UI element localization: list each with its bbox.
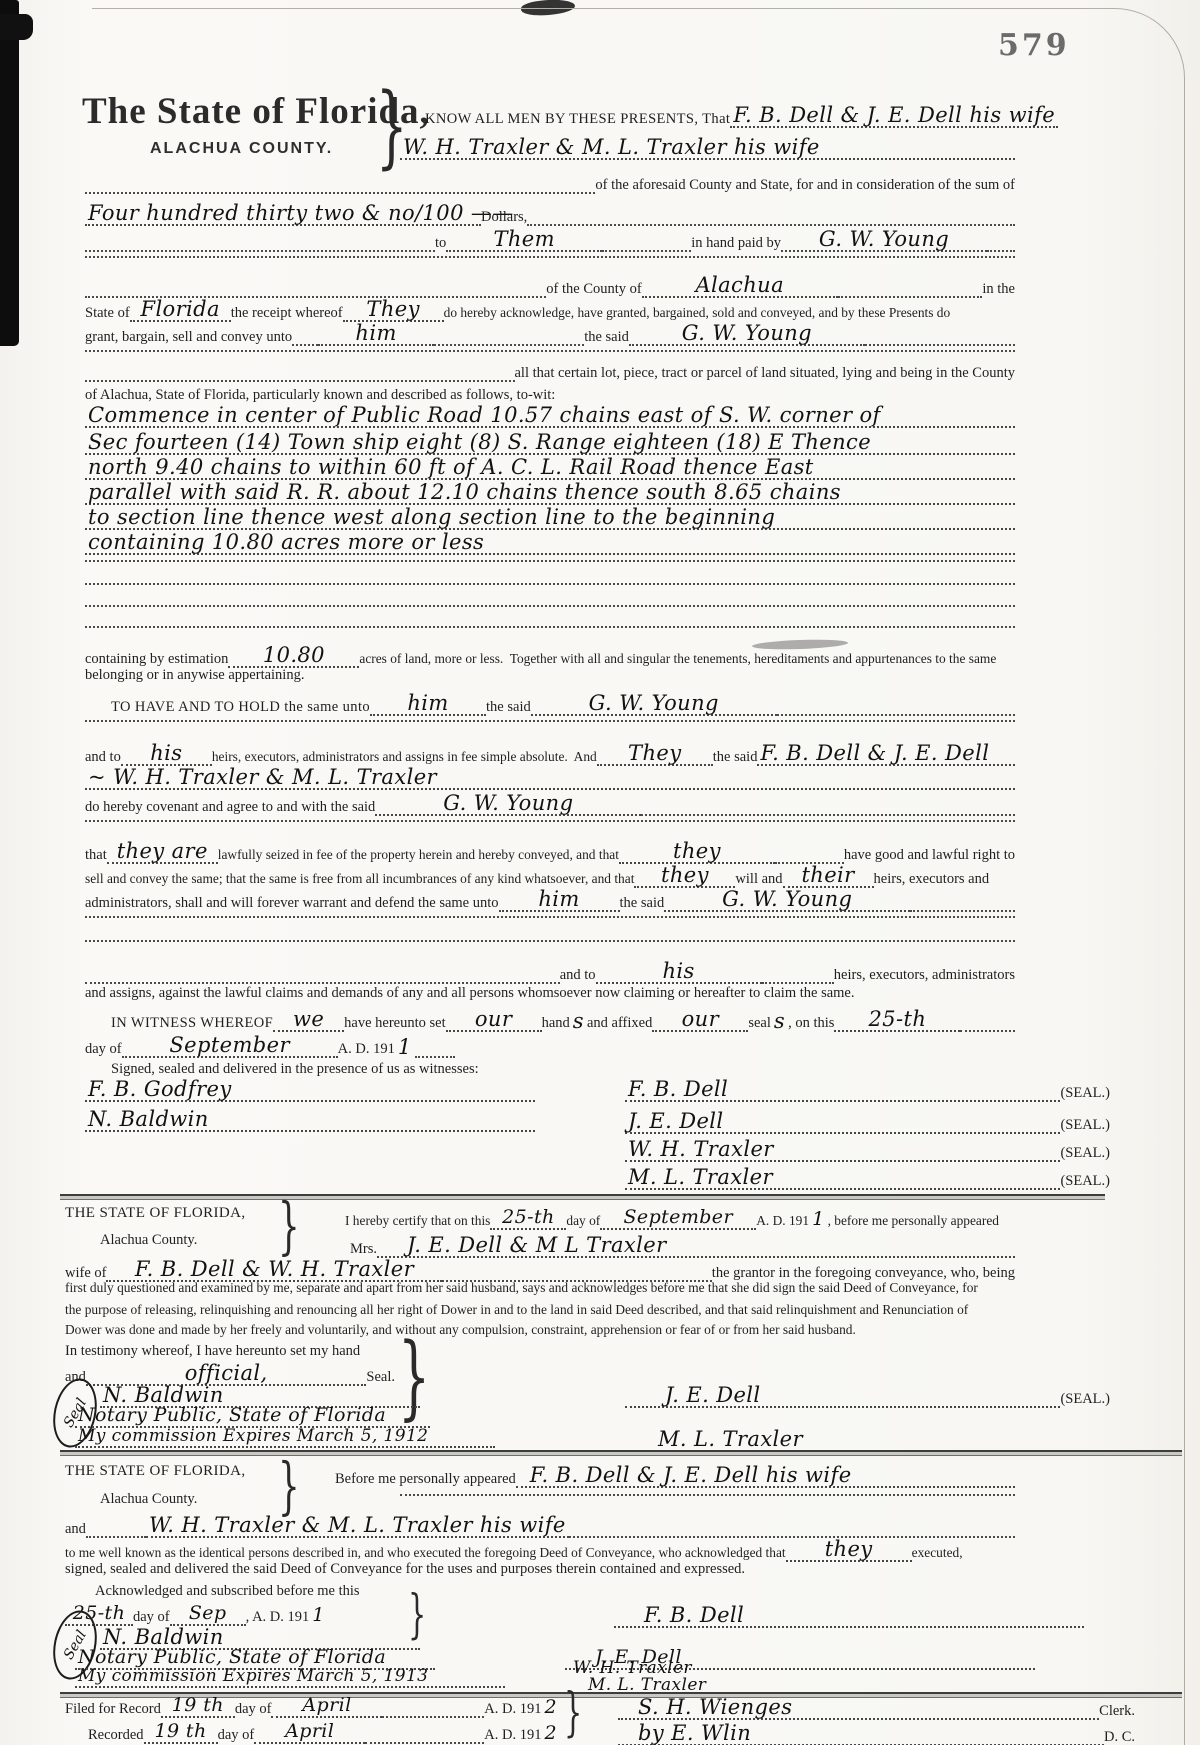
witnesses-heading: Signed, sealed and delivered in the pres… (85, 1060, 479, 1078)
blank-rule (85, 254, 1015, 258)
description-handwriting-6: containing 10.80 acres more or less (85, 531, 1015, 555)
heirs-text: heirs, executors, administrators and ass… (212, 749, 597, 766)
description-line-5: to section line thence west along sectio… (85, 506, 1015, 530)
day-of-label: day of (85, 1040, 122, 1058)
dotted-fill-line (85, 581, 1015, 585)
scan-edge-artifact (0, 0, 19, 346)
dotted-fill-line (85, 348, 1015, 352)
situated-line: all that certain lot, piece, tract or pa… (85, 364, 1015, 382)
record-brace: } (564, 1690, 582, 1737)
consideration-line2: Four hundred thirty two & no/100 —— Doll… (85, 202, 1015, 226)
recorded-month-handwriting: April (254, 1722, 365, 1744)
grantee-handwriting: G. W. Young (664, 888, 910, 912)
blank-rule (85, 914, 1015, 918)
signed-delivered-text: signed, sealed and delivered the said De… (65, 1560, 745, 1578)
blank-rule (85, 581, 1015, 585)
day-of-label: day of (218, 1726, 255, 1744)
description-line-4: parallel with said R. R. about 12.10 cha… (85, 481, 1015, 505)
ink-blot-artifact (520, 0, 575, 17)
commission-handwriting: My commission Expires March 5, 1912 (75, 1428, 495, 1448)
recorded-year-handwriting: 2 (542, 1724, 561, 1744)
that-label: that (85, 846, 107, 864)
persons1-handwriting: F. B. Dell & J. E. Dell his wife (516, 1464, 1015, 1488)
filed-day-handwriting: 19 th (161, 1696, 235, 1718)
dower-text-2: the purpose of releasing, relinquishing … (65, 1302, 968, 1319)
his-handwriting: his (596, 960, 762, 984)
year-handwriting: 1 (309, 1606, 328, 1626)
ack2-state-heading: THE STATE OF FLORIDA, (65, 1462, 246, 1481)
month-handwriting: September (600, 1208, 756, 1230)
year-handwriting: 1 (809, 1210, 828, 1230)
witness-signature-row: F. B. Godfrey (85, 1078, 535, 1102)
the-said-label: the said (620, 894, 665, 912)
witness-signature-row: N. Baldwin (85, 1108, 535, 1132)
and-label: and (65, 1520, 86, 1538)
clerk-signature-row: S. H. Wienges Clerk. (618, 1696, 1135, 1720)
ad-label: A. D. 191 (484, 1726, 541, 1744)
section-divider-rule (60, 1194, 1105, 1200)
year-handwriting: 1 (395, 1036, 415, 1058)
county-subtitle: ALACHUA COUNTY. (150, 140, 333, 158)
blank-rule (85, 603, 1015, 607)
wife2-signature: M. L. Traxler (655, 1428, 1105, 1452)
convey-line: grant, bargain, sell and convey unto him… (85, 322, 1015, 346)
dotted-fill-line (865, 342, 1015, 346)
dower-text-3: Dower was done and made by her freely an… (65, 1322, 856, 1339)
amount-handwriting: Four hundred thirty two & no/100 —— (85, 202, 481, 226)
seized-line: that they are lawfully seized in fee of … (85, 840, 1015, 864)
ad-label: A. D. 191 (756, 1213, 809, 1230)
premises-clause-line1: KNOW ALL MEN BY THESE PRESENTS, That F. … (425, 104, 1015, 128)
clerk-signature: S. H. Wienges (618, 1696, 1099, 1720)
ack2-signed-line: signed, sealed and delivered the said De… (65, 1560, 1015, 1578)
their-handwriting: their (783, 864, 874, 888)
on-this-label: , on this (788, 1014, 834, 1032)
signer2-signature: J. E. Dell (625, 1110, 1060, 1134)
dollars-label: Dollars, (481, 208, 527, 226)
grantee-handwriting: G. W. Young (375, 792, 641, 816)
dotted-fill-line (602, 248, 691, 252)
grantor-names-handwriting-2: ~ W. H. Traxler & M. L. Traxler (85, 766, 1015, 790)
acreage-handwriting: 10.80 (228, 644, 359, 668)
month-handwriting: September (122, 1034, 338, 1058)
state-handwriting: Florida (130, 298, 231, 322)
date-line: day of September A. D. 191 1 (85, 1034, 1015, 1058)
deputy-clerk-signature: by E. Wlin (618, 1722, 1104, 1745)
wife1-signature: J. E. Dell (625, 1384, 1060, 1408)
hand-label: hand (542, 1014, 570, 1032)
seized-text: lawfully seized in fee of the property h… (218, 847, 619, 864)
they-handwriting: They (343, 298, 444, 322)
ack2-appeared-line: Before me personally appeared F. B. Dell… (335, 1464, 1015, 1488)
dotted-fill-line (987, 248, 1015, 252)
grantee-handwriting: G. W. Young (531, 692, 777, 716)
know-all-men-label: KNOW ALL MEN BY THESE PRESENTS, That (425, 110, 730, 128)
page-number: 579 (998, 28, 1070, 63)
ack1-state-heading: THE STATE OF FLORIDA, (65, 1204, 246, 1223)
grantee-handwriting: G. W. Young (629, 322, 865, 346)
to-label: to (435, 234, 446, 252)
blank-rule (85, 718, 1015, 722)
ack2-date-line: 25-th day of Sep , A. D. 191 1 (65, 1604, 410, 1626)
to-wit-line: of Alachua, State of Florida, particular… (85, 386, 1015, 404)
seal-label: (SEAL.) (1060, 1084, 1110, 1102)
blank-rule (400, 1492, 1015, 1496)
notary-title-handwriting: Notary Public, State of Florida (75, 1406, 430, 1428)
plural-s-handwriting: s (570, 1010, 587, 1032)
ack1-wives-line: Mrs. J. E. Dell & M L Traxler (350, 1234, 1015, 1258)
ack1-paragraph-2: the purpose of releasing, relinquishing … (65, 1302, 1050, 1319)
they-handwriting: they (619, 840, 775, 864)
description-handwriting-2: Sec fourteen (14) Town ship eight (8) S.… (85, 431, 1015, 455)
description-line-1: Commence in center of Public Road 10.57 … (85, 404, 1015, 428)
our-handwriting: our (446, 1008, 542, 1032)
persons2-handwriting: W. H. Traxler & M. L. Traxler his wife (146, 1514, 569, 1538)
day-of-label: day of (566, 1213, 600, 1230)
deputy-signature-row: by E. Wlin D. C. (618, 1722, 1135, 1745)
heirs-line: and to his heirs, executors, administrat… (85, 742, 1015, 766)
and-to-label: and to (560, 966, 596, 984)
in-hand-paid-label: in hand paid by (691, 234, 781, 252)
dotted-fill-line (292, 342, 318, 346)
filed-for-record-label: Filed for Record (65, 1700, 161, 1718)
blank-rule (85, 558, 1015, 562)
ad-label: A. D. 191 (484, 1700, 541, 1718)
estimation-line: containing by estimation 10.80 acres of … (85, 644, 1015, 668)
dotted-fill-line (960, 1028, 1015, 1032)
aforesaid-text: of the aforesaid County and State, for a… (595, 176, 1015, 194)
in-witness-line: IN WITNESS WHEREOF we have hereunto set … (85, 1008, 1015, 1032)
the-said-label: the said (713, 748, 758, 766)
witness1-signature: F. B. Godfrey (85, 1078, 535, 1102)
premises-clause-line2: W. H. Traxler & M. L. Traxler his wife (400, 136, 1015, 160)
the-said-label: the said (584, 328, 629, 346)
description-handwriting-5: to section line thence west along sectio… (85, 506, 1015, 530)
him-handwriting: him (499, 888, 620, 912)
to-have-label: TO HAVE AND TO HOLD the same unto (85, 698, 370, 716)
ack1-wife-of-line: wife of F. B. Dell & W. H. Traxler the g… (65, 1258, 1015, 1282)
filed-year-handwriting: 2 (542, 1698, 561, 1718)
dotted-fill-line (85, 603, 1015, 607)
grantors-handwriting-line1: F. B. Dell & J. E. Dell his wife (730, 104, 1058, 128)
scan-edge-artifact-nub (0, 14, 33, 40)
day-number-handwriting: 25-th (490, 1208, 566, 1230)
grantor-signature-row: M. L. Traxler (SEAL.) (625, 1166, 1110, 1190)
warrant-line: administrators, shall and will forever w… (85, 888, 1015, 912)
before-me-label: Before me personally appeared (335, 1470, 516, 1488)
payer-handwriting: G. W. Young (781, 228, 987, 252)
dotted-fill-line (365, 1740, 484, 1744)
his-handwriting: his (121, 742, 212, 766)
recorded-label: Recorded (88, 1726, 144, 1744)
dotted-fill-line (85, 254, 1015, 258)
and-to-his-line: and to his heirs, executors, administrat… (85, 960, 1015, 984)
dotted-fill-line (85, 558, 1015, 562)
wives-handwriting: J. E. Dell & M L Traxler (377, 1234, 1015, 1258)
dotted-fill-line (85, 914, 1015, 918)
dotted-fill-line (910, 908, 1015, 912)
state-receipt-line: State of Florida the receipt whereof The… (85, 298, 1015, 322)
commission-row: My commission Expires March 5, 1912 (75, 1428, 495, 1448)
dotted-fill-line (527, 222, 1015, 226)
grantor-signature-row: W. H. Traxler (SEAL.) (625, 1138, 1110, 1162)
grantors-handwriting-line2: W. H. Traxler & M. L. Traxler his wife (400, 136, 1015, 160)
ack2-signer1-signature: F. B. Dell (614, 1604, 1084, 1628)
description-line-3: north 9.40 chains to within 60 ft of A. … (85, 456, 1015, 480)
notary-title-row: Notary Public, State of Florida (75, 1406, 430, 1428)
description-line-6: containing 10.80 acres more or less (85, 531, 1015, 555)
clerk-label: Clerk. (1099, 1702, 1135, 1720)
ack1-county-heading: Alachua County. (100, 1231, 197, 1249)
lawful-right-text: have good and lawful right to (844, 846, 1015, 864)
ack1-wife2-signature-row: M. L. Traxler (655, 1428, 1105, 1452)
appeared-label: , before me personally appeared (828, 1213, 999, 1230)
dotted-fill-line (85, 624, 1015, 628)
description-handwriting-3: north 9.40 chains to within 60 ft of A. … (85, 456, 1015, 480)
grantor-signature-row: F. B. Dell (SEAL.) (625, 1078, 1110, 1102)
seal-label: (SEAL.) (1060, 1144, 1110, 1162)
to-wit-text: of Alachua, State of Florida, particular… (85, 386, 555, 404)
witness2-signature: N. Baldwin (85, 1108, 535, 1132)
description-handwriting-1: Commence in center of Public Road 10.57 … (85, 404, 1015, 428)
covenant-label: do hereby covenant and agree to and with… (85, 798, 375, 816)
ad-label: , A. D. 191 (246, 1608, 310, 1626)
plural-s-handwriting: s (771, 1010, 788, 1032)
habendum-line: TO HAVE AND TO HOLD the same unto him th… (85, 692, 1015, 716)
blank-rule (85, 348, 1015, 352)
convey-unto-label: grant, bargain, sell and convey unto (85, 328, 292, 346)
commission-row: My commission Expires March 5, 1913 (75, 1668, 505, 1688)
belonging-text: belonging or in anywise appertaining. (85, 666, 304, 684)
dotted-fill-line (641, 812, 1015, 816)
seal-word-label: seal (748, 1014, 771, 1032)
ack1-testimony-line: In testimony whereof, I have hereunto se… (65, 1342, 500, 1360)
payee-handwriting: Them (446, 228, 602, 252)
sell-convey-text: sell and convey the same; that the same … (85, 871, 634, 888)
filed-line: Filed for Record 19 th day of April A. D… (65, 1696, 560, 1718)
incumbrances-line: sell and convey the same; that the same … (85, 864, 1015, 888)
dotted-fill-line (85, 718, 1015, 722)
assigns-text: and assigns, against the lawful claims a… (85, 984, 854, 1002)
claims-line: and assigns, against the lawful claims a… (85, 984, 1015, 1002)
ack2-persons2-line: and W. H. Traxler & M. L. Traxler his wi… (65, 1514, 1015, 1538)
dotted-fill-line (85, 190, 595, 194)
they-handwriting: They (597, 742, 713, 766)
him-handwriting: him (370, 692, 486, 716)
recorded-line: Recorded 19 th day of April A. D. 191 2 (88, 1722, 560, 1744)
commission-handwriting: My commission Expires March 5, 1913 (75, 1668, 505, 1688)
day-number-handwriting: 25-th (834, 1008, 960, 1032)
ack1-paragraph-1: first duly questioned and examined by me… (65, 1280, 1050, 1297)
blank-rule (85, 624, 1015, 628)
state-of-label: State of (85, 304, 130, 322)
recorded-day-handwriting: 19 th (144, 1722, 218, 1744)
blank-rule (85, 938, 1015, 942)
the-said-label: the said (486, 698, 531, 716)
heirs-executors-label: heirs, executors and (874, 870, 990, 888)
day-of-label: day of (133, 1608, 170, 1626)
ack1-paragraph-3: Dower was done and made by her freely an… (65, 1322, 1050, 1339)
deed-record-page: 579 The State of Florida, ALACHUA COUNTY… (0, 0, 1200, 1745)
section-divider-rule (60, 1450, 1182, 1456)
signer1-signature: F. B. Dell (625, 1078, 1060, 1102)
ack1-certify-line: I hereby certify that on this 25-th day … (345, 1208, 1015, 1230)
seal-label: (SEAL.) (1060, 1172, 1110, 1190)
grantor-names-handwriting: F. B. Dell & J. E. Dell (757, 742, 1015, 766)
administrators-text: administrators, shall and will forever w… (85, 894, 499, 912)
consideration-line1: of the aforesaid County and State, for a… (85, 176, 1015, 194)
belonging-line: belonging or in anywise appertaining. (85, 666, 1015, 684)
affixed-label: and affixed (587, 1014, 652, 1032)
mrs-label: Mrs. (350, 1240, 377, 1258)
ack2-brace: } (278, 1458, 300, 1514)
filed-month-handwriting: April (271, 1696, 382, 1718)
dotted-fill-line (777, 712, 1015, 716)
ack2-signature-row: F. B. Dell (614, 1604, 1084, 1628)
and-to-label: and to (85, 748, 121, 766)
set-label: have hereunto set (344, 1014, 445, 1032)
they-are-handwriting: they are (107, 840, 218, 864)
blank-rule (85, 818, 1015, 822)
ack2-known-line: to me well known as the identical person… (65, 1538, 1165, 1562)
we-handwriting: we (273, 1008, 344, 1032)
month-handwriting: Sep (170, 1604, 246, 1626)
husbands-handwriting: F. B. Dell & W. H. Traxler (106, 1258, 442, 1282)
covenant-line: do hereby covenant and agree to and with… (85, 792, 1015, 816)
day-of-label: day of (235, 1700, 272, 1718)
in-witness-label: IN WITNESS WHEREOF (85, 1014, 273, 1032)
grantor-names-line2: ~ W. H. Traxler & M. L. Traxler (85, 766, 1015, 790)
acknowledged-text: Acknowledged and subscribed before me th… (95, 1582, 360, 1600)
ack2-county-heading: Alachua County. (100, 1490, 197, 1508)
in-the-label: in the (982, 280, 1015, 298)
receipt-label: the receipt whereof (231, 304, 343, 322)
heirs-administrators-label: heirs, executors, administrators (834, 966, 1015, 984)
signer3-signature: W. H. Traxler (625, 1138, 1060, 1162)
dotted-fill-line (85, 818, 1015, 822)
seal-label: (SEAL.) (1060, 1390, 1110, 1408)
dotted-fill-line (434, 342, 584, 346)
all-that-text: all that certain lot, piece, tract or pa… (515, 364, 1016, 382)
description-line-2: Sec fourteen (14) Town ship eight (8) S.… (85, 431, 1015, 455)
of-county-label: of the County of (546, 280, 641, 298)
dower-text-1: first duly questioned and examined by me… (65, 1280, 978, 1297)
him-handwriting: him (318, 322, 434, 346)
they-handwriting: they (634, 864, 735, 888)
witnesses-heading-line: Signed, sealed and delivered in the pres… (85, 1060, 1015, 1078)
ad-label: A. D. 191 (338, 1040, 395, 1058)
consideration-line3: to Them in hand paid by G. W. Young (85, 228, 1015, 252)
dotted-fill-line (415, 1054, 455, 1058)
testimony-text: In testimony whereof, I have hereunto se… (65, 1342, 360, 1360)
will-and-label: will and (735, 870, 782, 888)
ack1-wife-signature-row: J. E. Dell (SEAL.) (625, 1384, 1110, 1408)
dotted-fill-line (400, 1492, 1015, 1496)
they-handwriting: they (786, 1538, 912, 1562)
ack2-acknowledged-line: Acknowledged and subscribed before me th… (95, 1582, 500, 1600)
seal-label: (SEAL.) (1060, 1116, 1110, 1134)
acknowledge-text: do hereby acknowledge, have granted, bar… (444, 305, 951, 322)
ack1-brace: } (278, 1198, 300, 1254)
county-handwriting: Alachua (642, 274, 838, 298)
deputy-clerk-label: D. C. (1104, 1728, 1135, 1745)
dotted-fill-line (85, 938, 1015, 942)
dotted-fill-line (85, 248, 435, 252)
signer4-signature: M. L. Traxler (625, 1166, 1060, 1190)
grantor-signature-row: J. E. Dell (SEAL.) (625, 1110, 1110, 1134)
description-handwriting-4: parallel with said R. R. about 12.10 cha… (85, 481, 1015, 505)
certify-label: I hereby certify that on this (345, 1213, 490, 1230)
our-handwriting: our (652, 1008, 748, 1032)
county-line: of the County of Alachua in the (85, 274, 1015, 298)
dotted-fill-line (85, 378, 515, 382)
dotted-fill-line (382, 1714, 484, 1718)
